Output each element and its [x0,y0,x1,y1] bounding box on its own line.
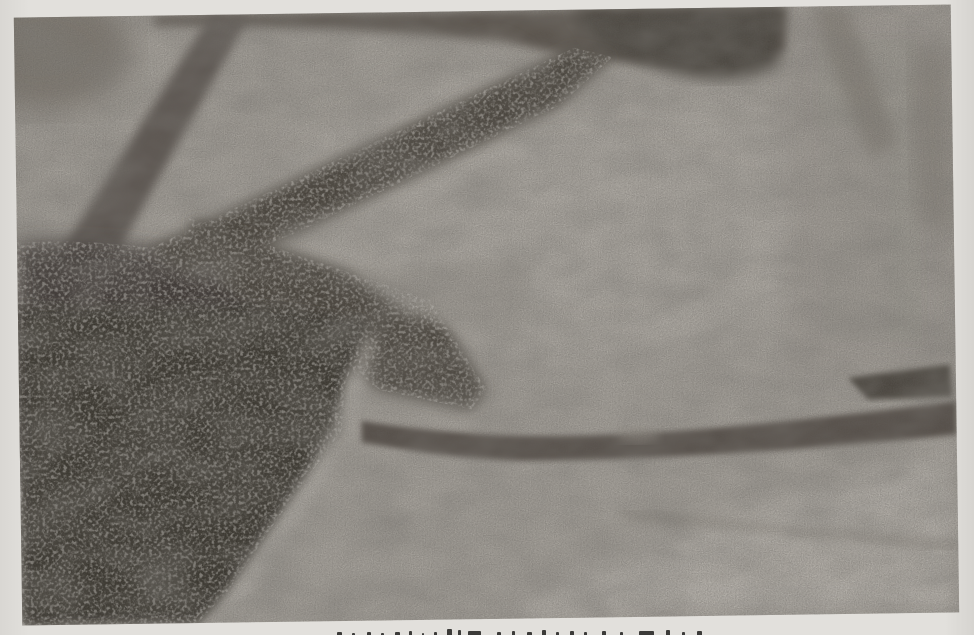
print-grain [14,4,959,625]
caption-glyph-top [697,631,702,635]
halftone-photo-graphic [14,4,959,625]
caption-glyph-top [458,630,461,635]
caption-glyph-top [602,631,606,635]
scanned-page [0,0,974,635]
excavation-photo [14,4,959,625]
caption-glyph-top [468,631,481,635]
caption-glyph-top [512,631,515,635]
caption-glyph-top [570,631,574,635]
caption-glyph-top [409,631,412,635]
caption-glyph-top [447,629,452,635]
cropped-caption-glyph-tops [0,627,974,635]
caption-glyph-top [666,630,670,635]
caption-glyph-top [542,630,546,635]
caption-glyph-top [639,631,654,635]
